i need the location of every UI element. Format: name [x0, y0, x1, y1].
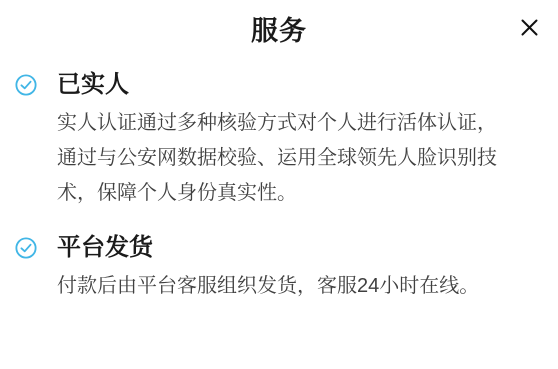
service-dialog: 服务 已实人 实人认证通过多种核验方式对个人进行活体认证，通过与公安网数据校验、… — [0, 0, 558, 369]
section-body-verified: 实人认证通过多种核验方式对个人进行活体认证，通过与公安网数据校验、运用全球领先人… — [57, 106, 504, 211]
dialog-header: 服务 — [0, 0, 558, 47]
section-content: 已实人 实人认证通过多种核验方式对个人进行活体认证，通过与公安网数据校验、运用全… — [57, 72, 543, 211]
dialog-title: 服务 — [251, 15, 307, 47]
section-heading-verified: 已实人 — [57, 72, 543, 98]
close-icon — [520, 18, 539, 37]
section-content: 平台发货 付款后由平台客服组织发货，客服24小时在线。 — [57, 235, 543, 304]
section-heading-shipping: 平台发货 — [57, 235, 543, 261]
close-button[interactable] — [515, 13, 543, 41]
section-body-shipping: 付款后由平台客服组织发货，客服24小时在线。 — [57, 269, 504, 304]
service-section-verified: 已实人 实人认证通过多种核验方式对个人进行活体认证，通过与公安网数据校验、运用全… — [0, 72, 558, 211]
check-circle-icon — [15, 235, 57, 259]
check-circle-icon — [15, 72, 57, 96]
service-section-shipping: 平台发货 付款后由平台客服组织发货，客服24小时在线。 — [0, 235, 558, 304]
